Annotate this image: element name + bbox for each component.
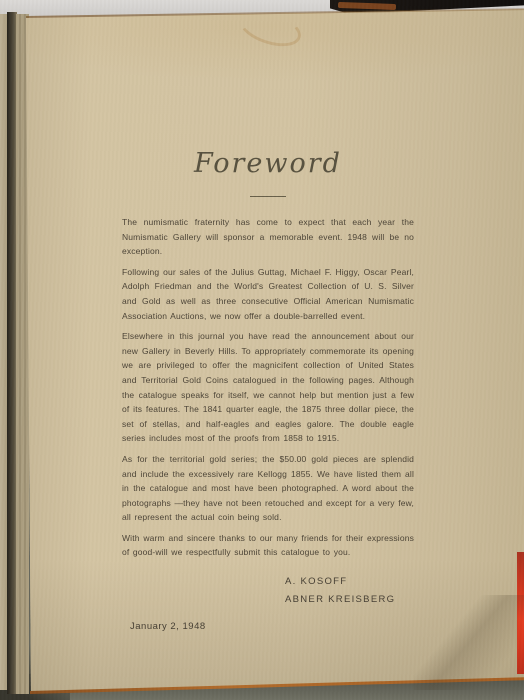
red-cover-strip (517, 552, 524, 674)
foreword-body: The numismatic fraternity has come to ex… (122, 215, 414, 560)
foreword-content: Foreword The numismatic fraternity has c… (122, 148, 414, 632)
title-divider (250, 196, 286, 197)
book-photograph: Foreword The numismatic fraternity has c… (0, 0, 524, 700)
date-line: January 2, 1948 (130, 621, 414, 632)
signature-kreisberg: ABNER KREISBERG (285, 591, 414, 609)
foreword-paragraph-3: Elsewhere in this journal you have read … (122, 329, 414, 446)
foreword-paragraph-4: As for the territorial gold series; the … (122, 452, 414, 525)
foreword-paragraph-1: The numismatic fraternity has come to ex… (122, 215, 414, 259)
signature-kosoff: A. KOSOFF (285, 573, 414, 591)
foreword-title: Foreword (122, 148, 414, 179)
foreword-paragraph-5: With warm and sincere thanks to our many… (122, 531, 414, 560)
foreword-paragraph-2: Following our sales of the Julius Guttag… (122, 265, 414, 323)
signature-block: A. KOSOFF ABNER KREISBERG (285, 573, 414, 609)
book-page: Foreword The numismatic fraternity has c… (0, 0, 524, 700)
